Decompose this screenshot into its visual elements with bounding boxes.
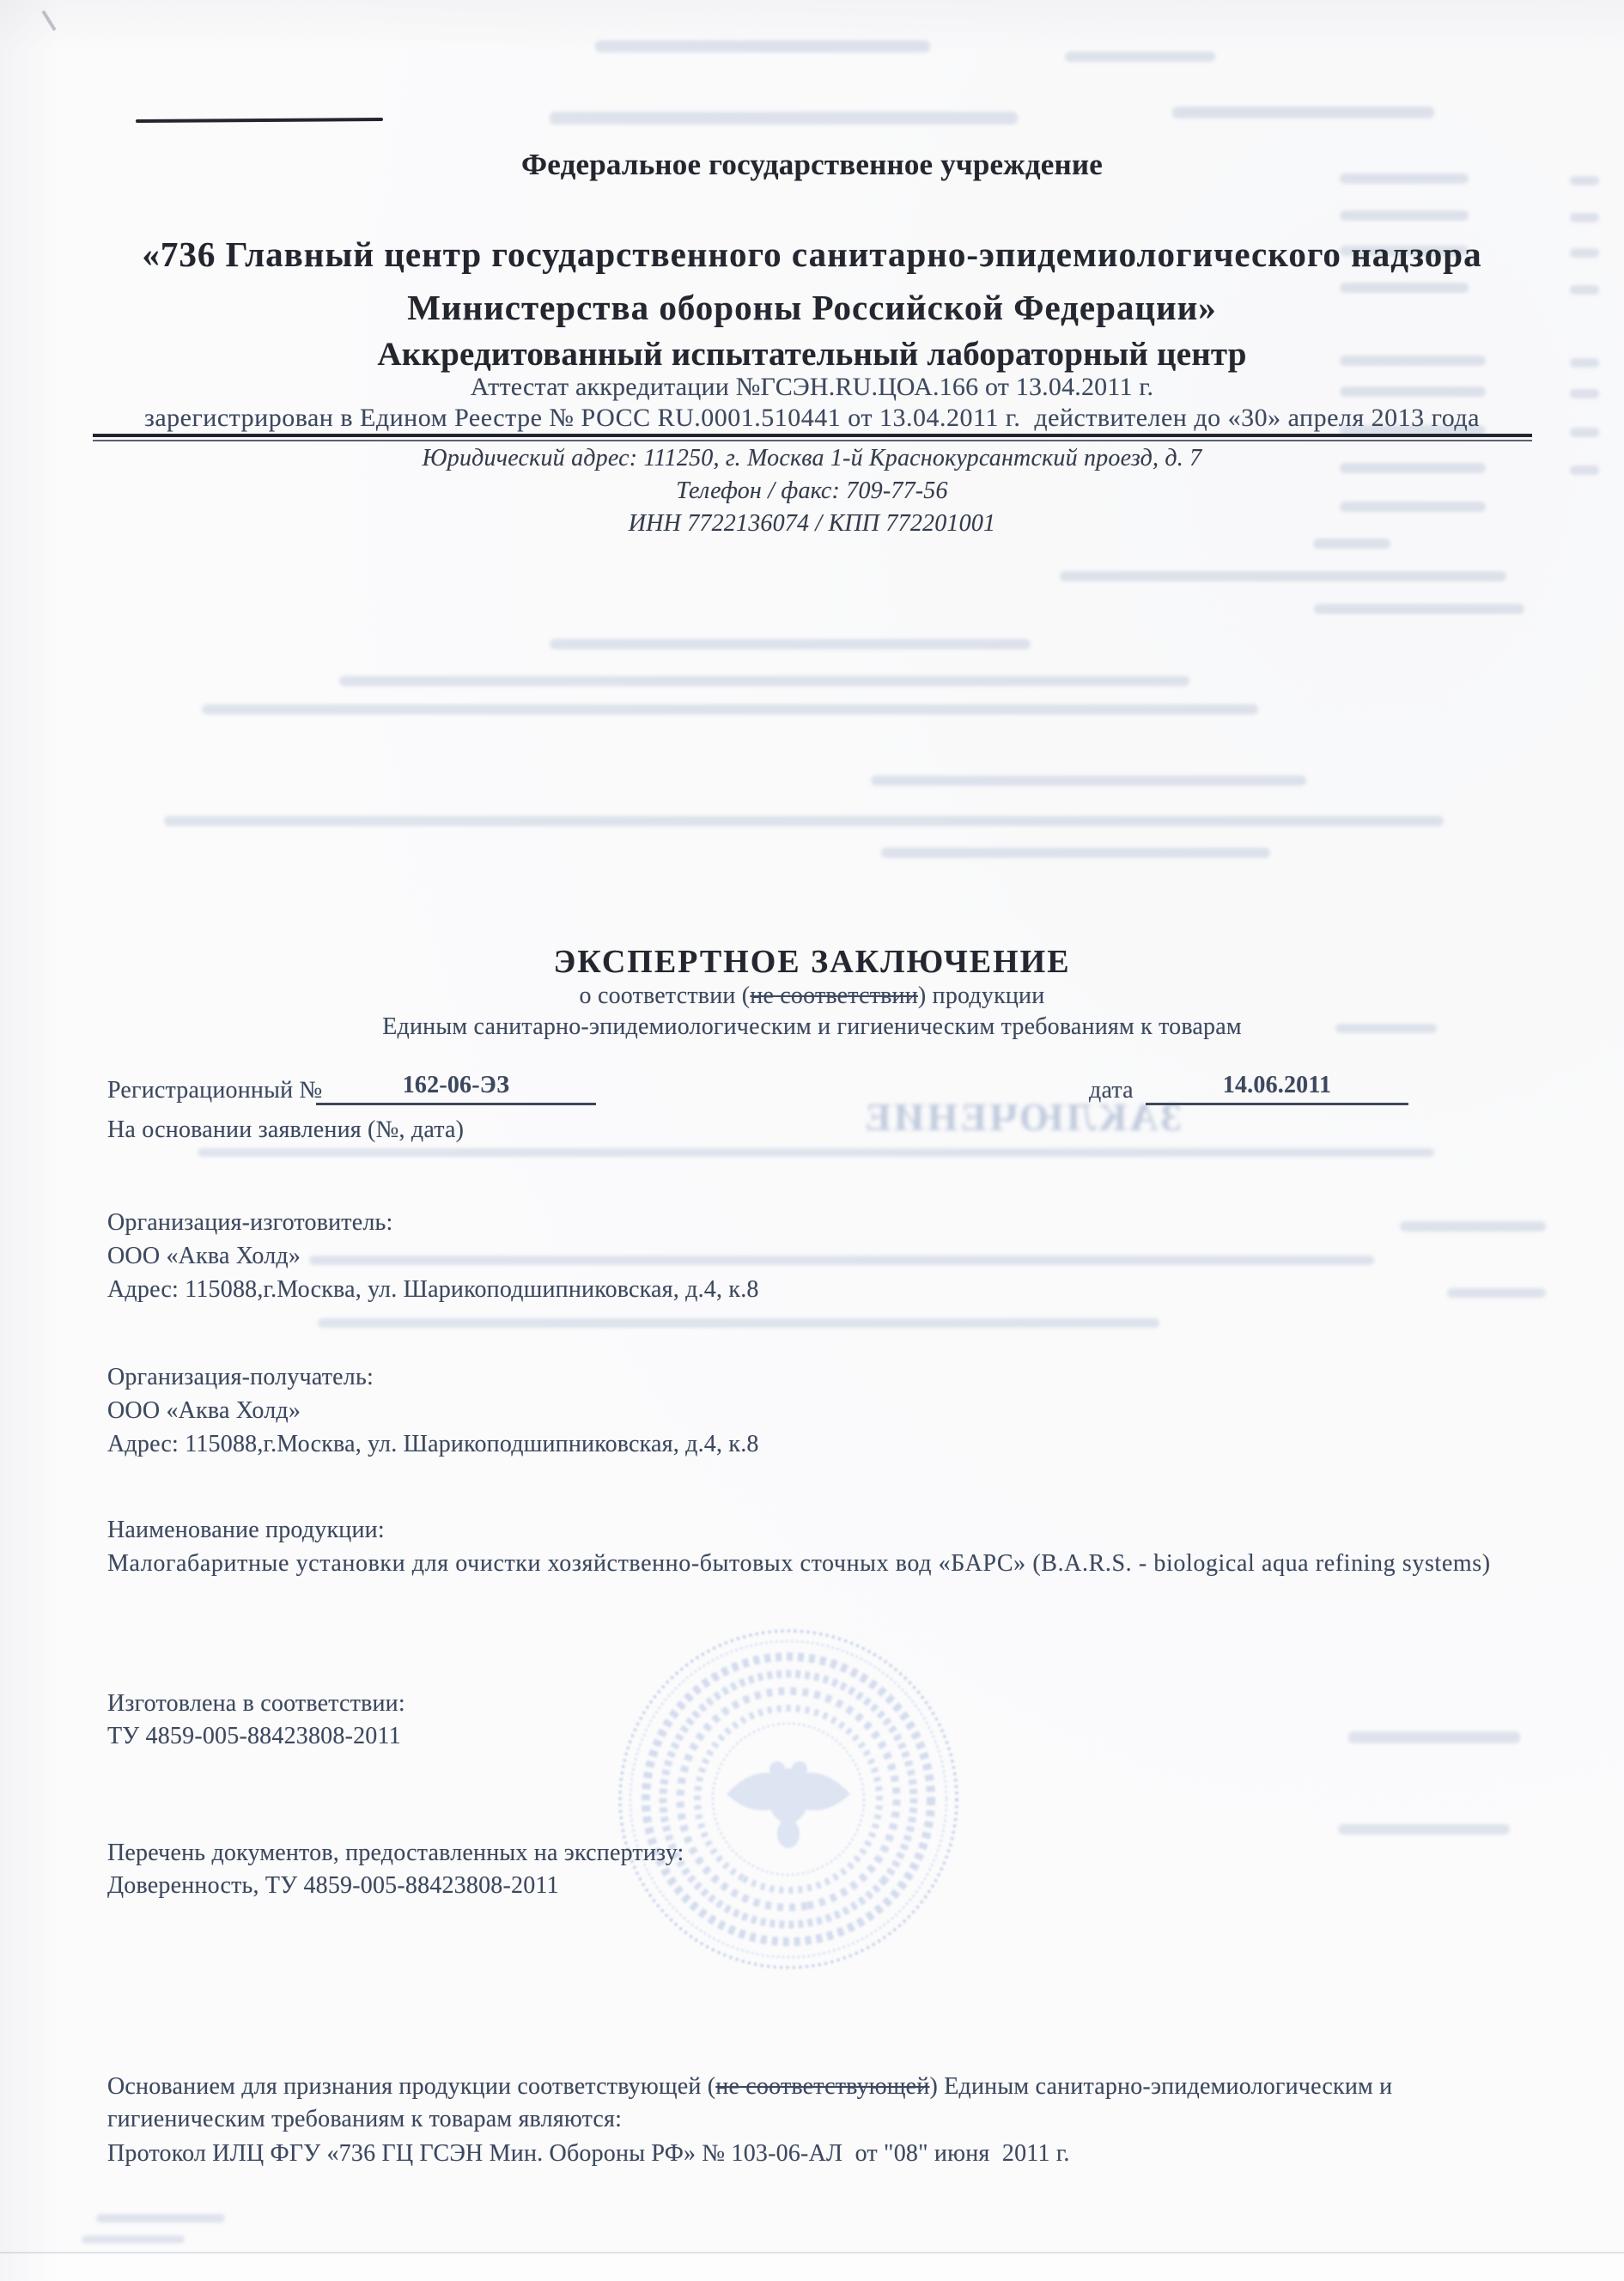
- bleed-through-line: [871, 776, 1306, 786]
- bleed-through-line: [1348, 1731, 1520, 1743]
- application-note: На основании заявления (№, дата): [107, 1116, 464, 1144]
- struck-phrase: не соответствии: [750, 982, 918, 1009]
- bleed-through-line: [1314, 604, 1524, 614]
- documents-value: Доверенность, ТУ 4859-005-88423808-2011: [107, 1872, 559, 1900]
- receiver-name: ООО «Аква Холд»: [107, 1397, 301, 1425]
- bleed-through-line: [550, 639, 1031, 649]
- bleed-through-line: [1400, 1221, 1546, 1232]
- registration-date: 14.06.2011: [1146, 1072, 1408, 1105]
- round-seal-stamp: [615, 1626, 962, 1973]
- basis-line2: гигиеническим требованиям к товарам явля…: [107, 2106, 622, 2133]
- bleed-through-line: [1060, 571, 1506, 581]
- conformity-label: Изготовлена в соответствии:: [107, 1690, 405, 1718]
- registration-label: Регистрационный №: [107, 1077, 322, 1104]
- struck-phrase: не соответствующей: [715, 2073, 929, 2100]
- bleed-through-line: [881, 848, 1270, 858]
- registry-record: зарегистрирован в Едином Реестре № РОСС …: [0, 404, 1624, 433]
- org-name-line1: «736 Главный центр государственного сани…: [0, 234, 1624, 275]
- bleed-through-line: [164, 816, 1444, 826]
- scan-bottom-edge: [0, 2252, 1624, 2281]
- inn-kpp: ИНН 7722136074 / КПП 772201001: [0, 510, 1624, 538]
- bleed-through-line: [1172, 106, 1434, 119]
- bleed-through-line: [309, 1256, 1374, 1265]
- conformity-value: ТУ 4859-005-88423808-2011: [107, 1723, 401, 1750]
- receiver-address: Адрес: 115088,г.Москва, ул. Шарикоподшип…: [107, 1431, 759, 1458]
- scan-corner-artifact: [41, 10, 56, 31]
- bleed-through-line: [96, 2214, 225, 2223]
- bleed-through-line: [82, 2235, 185, 2243]
- manufacturer-name: ООО «Аква Холд»: [107, 1243, 301, 1270]
- registration-number: 162-06-ЭЗ: [316, 1072, 596, 1105]
- bleed-through-line: [198, 1148, 1434, 1157]
- date-label: дата: [1089, 1077, 1134, 1104]
- documents-label: Перечень документов, предоставленных на …: [107, 1840, 684, 1867]
- document-title: ЭКСПЕРТНОЕ ЗАКЛЮЧЕНИЕ: [0, 943, 1624, 981]
- phone-fax: Телефон / факс: 709-77-56: [0, 477, 1624, 505]
- basis-line1: Основанием для признания продукции соотв…: [107, 2073, 1392, 2101]
- bleed-through-line: [1447, 1288, 1546, 1298]
- legal-address: Юридический адрес: 111250, г. Москва 1-й…: [0, 445, 1624, 472]
- bleed-through-line: [550, 112, 1018, 125]
- bleed-through-line: [339, 676, 1189, 686]
- org-type: Федеральное государственное учреждение: [0, 148, 1624, 182]
- document-subtitle-line2: Единым санитарно-эпидемиологическим и ги…: [0, 1013, 1624, 1041]
- accreditation-certificate: Аттестат аккредитации №ГСЭН.RU.ЦОА.166 о…: [0, 373, 1624, 402]
- bleed-through-line: [1065, 52, 1215, 62]
- double-headed-eagle-emblem: [727, 1761, 850, 1848]
- document-page: ЗАКЛЮЧЕНИЕ Федеральное государственное у…: [0, 0, 1624, 2281]
- receiver-label: Организация-получатель:: [107, 1364, 374, 1391]
- protocol-reference: Протокол ИЛЦ ФГУ «736 ГЦ ГСЭН Мин. Оборо…: [107, 2140, 1070, 2168]
- document-subtitle: о соответствии (не соответствии) продукц…: [0, 982, 1624, 1010]
- manufacturer-label: Организация-изготовитель:: [107, 1209, 392, 1237]
- bleed-through-line: [318, 1318, 1159, 1328]
- scan-line-artifact: [136, 118, 383, 123]
- product-label: Наименование продукции:: [107, 1517, 385, 1544]
- lab-center-name: Аккредитованный испытательный лабораторн…: [0, 335, 1624, 374]
- org-name-line2: Министерства обороны Российской Федераци…: [0, 287, 1624, 328]
- bleed-through-line: [1340, 210, 1469, 221]
- manufacturer-address: Адрес: 115088,г.Москва, ул. Шарикоподшип…: [107, 1276, 759, 1304]
- header-divider: [93, 434, 1532, 441]
- bleed-through-line: [1313, 538, 1390, 549]
- bleed-through-line: [1338, 1824, 1510, 1834]
- bleed-through-line: [595, 40, 930, 52]
- bleed-through-line: [202, 704, 1258, 715]
- bleed-through-line: [1570, 213, 1599, 222]
- product-name: Малогабаритные установки для очистки хоз…: [107, 1550, 1491, 1578]
